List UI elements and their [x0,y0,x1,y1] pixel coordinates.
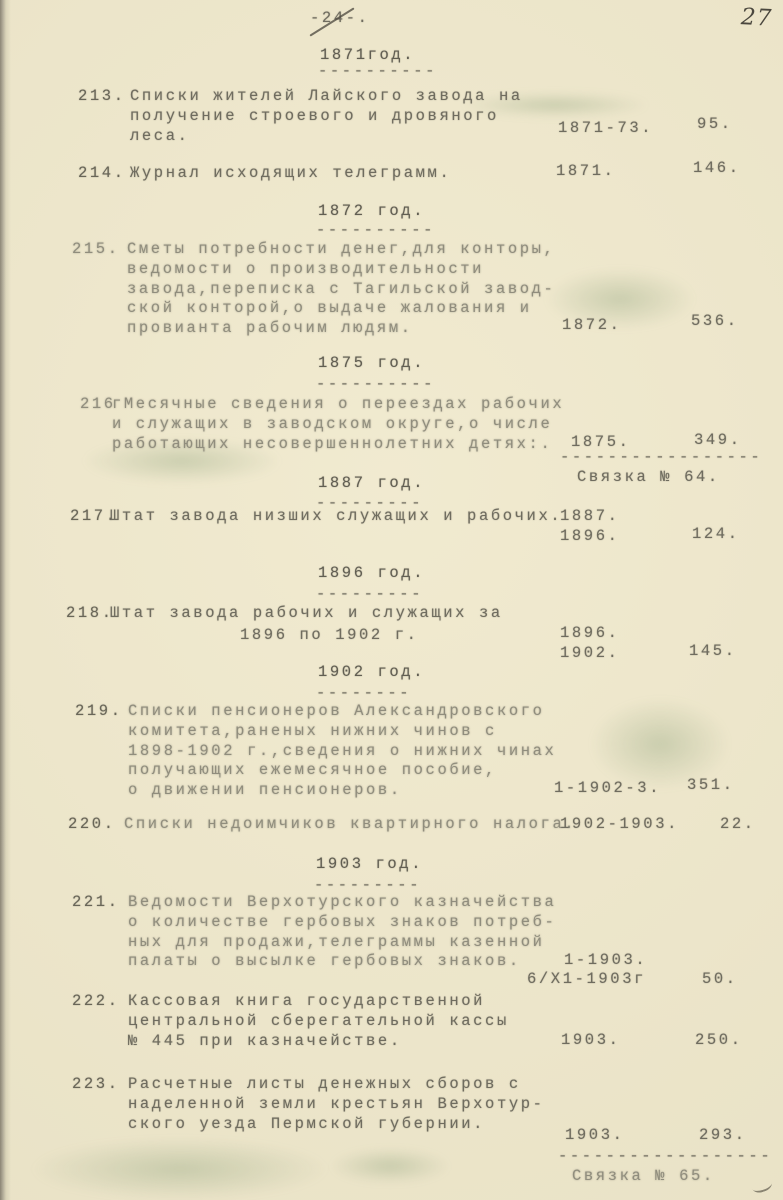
entry-dates: 1871-73. [558,119,653,139]
bundle-note: Связка № 64. [577,468,720,488]
entry-sheet-count: 250. [695,1031,743,1051]
year-underline: --------- [316,585,423,605]
entry-description: Списки жителей Лайского завода на получе… [130,87,523,146]
entry-dates: 1896. 1902. [560,624,620,664]
entry-description: Списки пенсионеров Александровского коми… [128,702,556,801]
entry-number: 219. [75,702,123,722]
entry-description: гМесячные сведения о переездах рабочих и… [112,395,564,454]
entry-description: Ведомости Верхотурского казначейства о к… [128,893,556,972]
entry-sheet-count: 145. [689,642,737,662]
entry-sheet-count: 146. [693,159,741,179]
entry-number: 213. [78,87,126,107]
entry-sheet-count: 124. [692,525,740,545]
entry-dates: 1902-1903. [560,815,679,835]
entry-number: 214. [78,164,126,184]
entry-sheet-count: 50. [702,970,738,990]
year-underline: -------- [316,684,411,704]
bundle-divider: ------------------ [558,1147,772,1167]
typed-page-number: -24-. [310,9,370,29]
entry-number: 218. [66,604,114,624]
year-underline: ---------- [318,62,437,82]
entry-number: 222. [72,992,120,1012]
entry-dates: 1871. [556,162,616,182]
entry-dates: 1903. [561,1031,621,1051]
year-header-1896: 1896 год. [318,564,425,584]
entry-number: 220. [68,815,116,835]
entry-sheet-count: 536. [691,312,739,332]
entry-number: 223. [72,1075,120,1095]
entry-dates: 1872. [562,316,622,336]
entry-dates: 1-1903. [564,951,647,971]
pen-mark [751,1177,774,1195]
year-header-1887: 1887 год. [318,474,425,494]
entry-description: Сметы потребности денег,для конторы, вед… [127,240,555,339]
bundle-divider: ----------------- [560,448,762,468]
year-underline: ---------- [316,221,435,241]
entry-dates-second-line: 6/X1-1903г [527,970,646,990]
typed-page-number-prefix: - [310,9,322,27]
entry-sheet-count: 293. [699,1126,747,1146]
entry-dates: 1-1902-3. [554,779,661,799]
bleedthrough-mark [330,1148,450,1184]
entry-description: Журнал исходящих телеграмм. [130,164,451,184]
handwritten-page-number: 27 [740,4,773,32]
entry-description-continued: 1896 по 1902 г. [240,626,419,646]
entry-description: Штат завода низших служащих и рабочих. [110,507,562,527]
year-header-1872: 1872 год. [318,202,425,222]
entry-sheet-count: 351. [687,776,735,796]
entry-number: 216 [80,395,116,415]
year-header-1875: 1875 год. [318,354,425,374]
entry-dates: 1903. [565,1126,625,1146]
bleedthrough-mark [30,1138,330,1200]
entry-sheet-count: 95. [697,115,733,135]
entry-description: Штат завода рабочих и служащих за [110,604,503,624]
year-underline: ---------- [316,375,435,395]
year-header-1902: 1902 год. [318,663,425,683]
entry-dates: 1887. 1896. [560,507,620,547]
entry-description: Списки недоимчиков квартирного налога. [124,815,576,835]
scanned-page: -24-. 27 1871год. ---------- 213. Списки… [0,0,783,1200]
entry-sheet-count: 22. [720,815,756,835]
year-header-1903: 1903 год. [316,855,423,875]
entry-number: 221. [72,893,120,913]
entry-description: Расчетные листы денежных сборов с наделе… [128,1075,545,1134]
entry-description: Кассовая книга государственной центральн… [128,992,509,1051]
entry-number: 215. [72,240,120,260]
bundle-note: Связка № 65. [572,1167,715,1187]
